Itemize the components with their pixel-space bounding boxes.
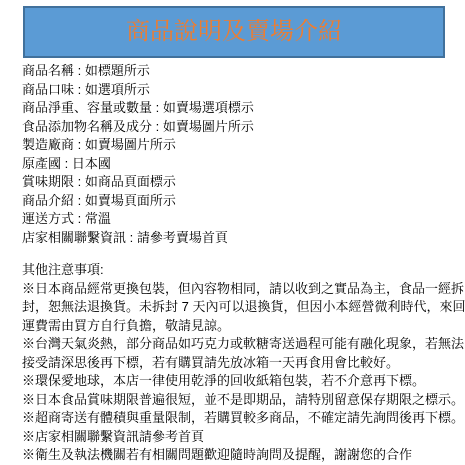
product-detail-line-additives: 食品添加物名稱及成分 : 如賣場圖片所示 [22,118,465,137]
note-line: 接受請深思後再下標，若有購買請先放冰箱一天再食用會比較好。 [22,354,465,373]
note-line: ※環保愛地球，本店一律使用乾淨的回收紙箱包裝，若不介意再下標。 [22,372,465,391]
product-detail-line-manufacturer: 製造廠商 : 如賣場圖片所示 [22,136,465,155]
product-description-banner: 商品說明及賣場介紹 [23,6,445,58]
note-line: ※台灣天氣炎熱，部分商品如巧克力或軟糖寄送過程可能有融化現象，若無法 [22,335,465,354]
product-details-section: 商品名稱 : 如標題所示 商品口味 : 如選項所示 商品淨重、容量或數量 : 如… [22,62,465,247]
note-line: ※超商寄送有體積與重量限制，若購買較多商品，不確定請先詢問後再下標。 [22,409,465,428]
product-detail-line-origin: 原產國 : 日本國 [22,155,465,174]
product-detail-line-flavor: 商品口味 : 如選項所示 [22,81,465,100]
note-line: ※日本食品賞味期限普遍很短，並不是即期品，請特別留意保存期限之標示。 [22,391,465,410]
product-detail-line-weight: 商品淨重、容量或數量 : 如賣場選項標示 [22,99,465,118]
banner-title: 商品說明及賣場介紹 [126,20,342,44]
note-line: ※衛生及執法機關若有相關問題歡迎隨時詢問及提醒，謝謝您的合作 [22,446,465,465]
section-gap [22,247,465,261]
product-detail-line-intro: 商品介紹 : 如賣場頁面所示 [22,192,465,211]
product-detail-line-name: 商品名稱 : 如標題所示 [22,62,465,81]
note-line: 運費需由買方自行負擔，敬請見諒。 [22,317,465,336]
note-line: ※日本商品經常更換包裝，但內容物相同，請以收到之實品為主，食品一經拆 [22,280,465,299]
product-detail-line-shipping: 運送方式 : 常溫 [22,210,465,229]
notes-heading: 其他注意事項: [22,261,465,280]
note-line: ※店家相關聯繫資訊請參考首頁 [22,428,465,447]
product-detail-line-contact: 店家相關聯繫資訊 : 請參考賣場首頁 [22,229,465,248]
product-detail-line-expiry: 賞味期限 : 如商品頁面標示 [22,173,465,192]
page-content: 商品名稱 : 如標題所示 商品口味 : 如選項所示 商品淨重、容量或數量 : 如… [22,62,465,465]
note-line: 封，恕無法退換貨。未拆封 7 天內可以退換貨，但因小本經營微利時代，來回 [22,298,465,317]
notes-section: 其他注意事項: ※日本商品經常更換包裝，但內容物相同，請以收到之實品為主，食品一… [22,261,465,465]
